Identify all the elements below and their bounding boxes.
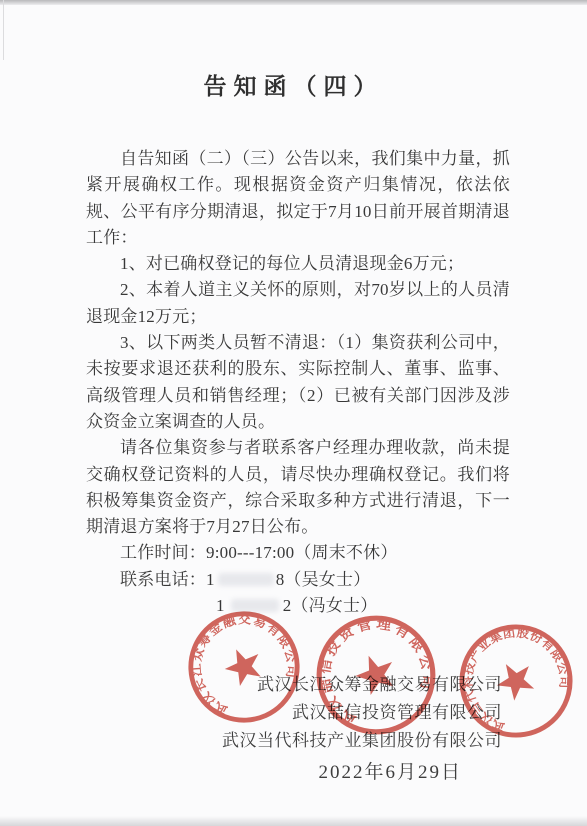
scan-bottom-edge	[0, 816, 587, 826]
contact-label: 联系电话：	[120, 570, 206, 589]
work-time-line: 工作时间：9:00---17:00（周末不休）	[86, 540, 510, 566]
phone1-prefix: 1	[206, 570, 215, 589]
star-icon	[350, 649, 400, 698]
paragraph-intro: 自告知函（二）（三）公告以来，我们集中力量，抓紧开展确权工作。现根据资金资产归集…	[86, 146, 510, 251]
list-item-1: 1、对已确权登记的每位人员清退现金6万元；	[86, 251, 510, 277]
scan-top-edge	[0, 0, 587, 5]
phone-line-2: 12（冯女士）	[86, 593, 510, 619]
phone-redaction-smudge	[218, 573, 274, 586]
document-date: 2022年6月29日	[86, 759, 510, 787]
star-icon	[490, 655, 540, 705]
paragraph-payment-notice: 请各位集资参与者联系客户经理办理收款，尚未提交确权登记资料的人员，请尽快办理确权…	[86, 435, 510, 540]
star-icon	[219, 642, 267, 689]
list-item-2: 2、本着人道主义关怀的原则，对70岁以上的人员清退现金12万元；	[86, 277, 510, 330]
document-title: 告知函（四）	[0, 0, 587, 100]
scan-left-edge	[3, 0, 4, 60]
document-body: 自告知函（二）（三）公告以来，我们集中力量，抓紧开展确权工作。现根据资金资产归集…	[86, 146, 510, 619]
phone-line-1: 联系电话：18（吴女士）	[86, 567, 510, 593]
list-item-3: 3、以下两类人员暂不清退：（1）集资获利公司中，未按要求退还获利的股东、实际控制…	[86, 330, 510, 435]
phone1-suffix: 8（吴女士）	[276, 570, 371, 589]
scanned-notice-page: 告知函（四） 自告知函（二）（三）公告以来，我们集中力量，抓紧开展确权工作。现根…	[0, 0, 587, 826]
signature-company-3: 武汉当代科技产业集团股份有限公司	[86, 727, 510, 755]
